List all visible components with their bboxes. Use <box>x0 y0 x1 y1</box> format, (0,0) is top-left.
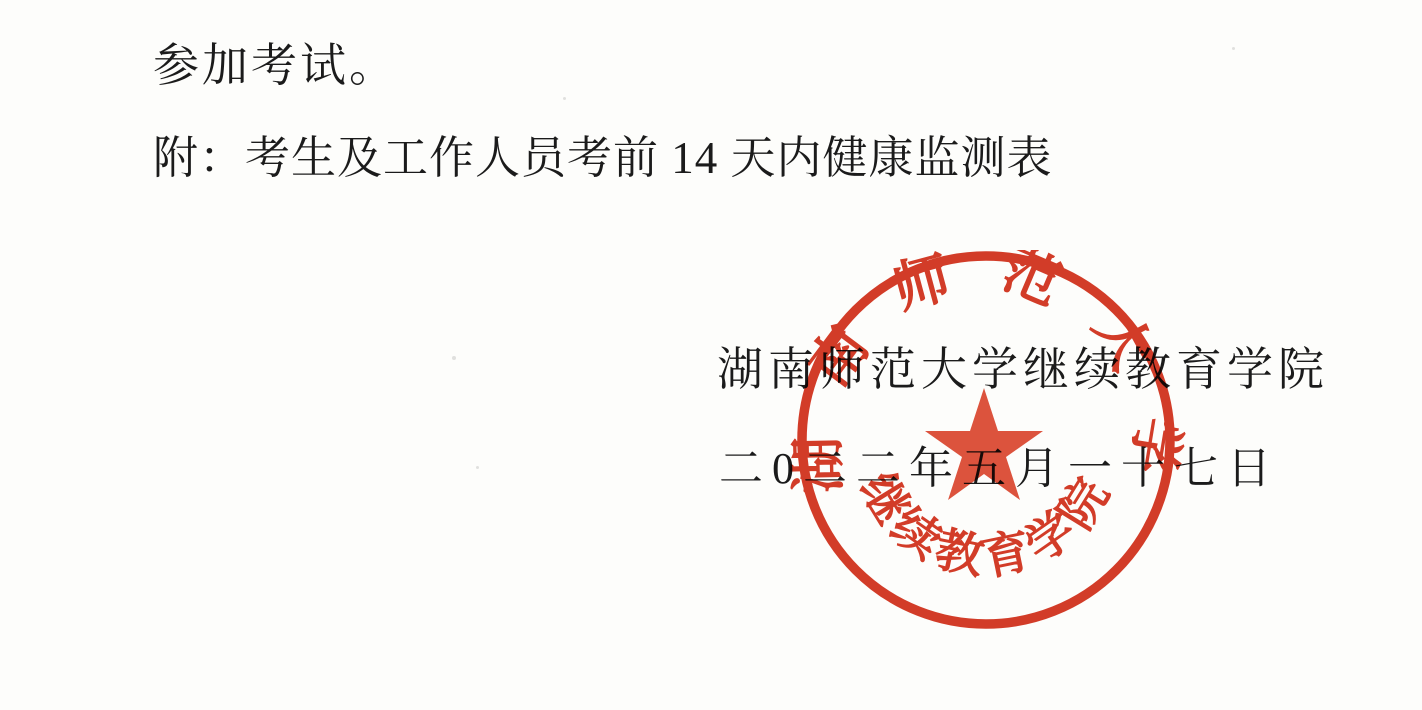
scan-speck <box>476 466 479 469</box>
star-icon <box>925 388 1043 500</box>
seal-ring-text: 湖南师范大学 <box>788 250 1188 521</box>
official-seal: 湖南师范大学 继续教育学院 <box>788 250 1188 640</box>
scan-speck <box>563 97 566 100</box>
scanned-document-page: 参加考试。 附：考生及工作人员考前 14 天内健康监测表 湖南师范大学继续教育学… <box>0 0 1422 710</box>
seal-bottom-text: 继续教育学院 <box>849 465 1122 587</box>
scan-speck <box>1232 47 1235 50</box>
attachment-line-text: 附：考生及工作人员考前 14 天内健康监测表 <box>153 133 1053 185</box>
scan-speck <box>452 356 456 360</box>
closing-line-text: 参加考试。 <box>153 40 398 93</box>
